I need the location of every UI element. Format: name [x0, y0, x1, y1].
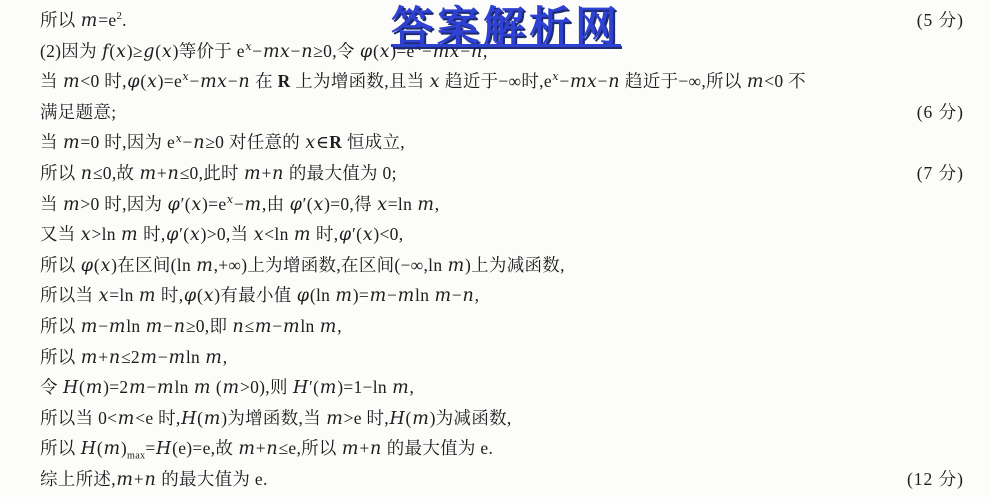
solution-line-text: 当 m=0 时,因为 ex−n≥0 对任意的 x∈R 恒成立, — [40, 132, 405, 152]
solution-line-9: 所以 φ(x)在区间(ln m,+∞)上为增函数,在区间(−∞,ln m)上为减… — [40, 250, 964, 281]
solution-line-text: 所以 H(m)max=H(e)=e,故 m+n≤e,所以 m+n 的最大值为 e… — [40, 438, 493, 458]
solution-line-4: 满足题意;(6 分) — [40, 97, 964, 128]
solution-line-text: 所以 m+n≤2m−mln m, — [40, 347, 227, 367]
solution-line-6: 所以 n≤0,故 m+n≤0,此时 m+n 的最大值为 0;(7 分) — [40, 158, 964, 189]
solution-line-14: 所以当 0<m<e 时,H(m)为增函数,当 m>e 时,H(m)为减函数, — [40, 403, 964, 434]
solution-line-15: 所以 H(m)max=H(e)=e,故 m+n≤e,所以 m+n 的最大值为 e… — [40, 433, 964, 464]
solution-line-11: 所以 m−mln m−n≥0,即 n≤m−mln m, — [40, 311, 964, 342]
solution-line-7: 当 m>0 时,因为 φ′(x)=ex−m,由 φ′(x)=0,得 x=ln m… — [40, 189, 964, 220]
solution-line-text: 所以 m=e2. — [40, 10, 127, 30]
score-mark: (12 分) — [907, 464, 964, 495]
solution-line-8: 又当 x>ln m 时,φ′(x)>0,当 x<ln m 时,φ′(x)<0, — [40, 219, 964, 250]
solution-line-16: 综上所述,m+n 的最大值为 e.(12 分) — [40, 464, 964, 495]
solution-line-10: 所以当 x=ln m 时,φ(x)有最小值 φ(ln m)=m−mln m−n, — [40, 280, 964, 311]
solution-line-12: 所以 m+n≤2m−mln m, — [40, 342, 964, 373]
solution-line-13: 令 H(m)=2m−mln m (m>0),则 H′(m)=1−ln m, — [40, 372, 964, 403]
solution-line-text: 所以 φ(x)在区间(ln m,+∞)上为增函数,在区间(−∞,ln m)上为减… — [40, 255, 565, 275]
solution-body: 所以 m=e2.(5 分)(2)因为 f(x)≥g(x)等价于 ex−mx−n≥… — [40, 5, 964, 495]
solution-line-text: 综上所述,m+n 的最大值为 e. — [40, 469, 268, 489]
solution-line-text: 又当 x>ln m 时,φ′(x)>0,当 x<ln m 时,φ′(x)<0, — [40, 224, 403, 244]
watermark: 答案解析网 — [391, 0, 621, 54]
solution-line-text: 所以当 0<m<e 时,H(m)为增函数,当 m>e 时,H(m)为减函数, — [40, 408, 512, 428]
solution-line-text: 当 m>0 时,因为 φ′(x)=ex−m,由 φ′(x)=0,得 x=ln m… — [40, 194, 439, 214]
solution-line-text: 所以当 x=ln m 时,φ(x)有最小值 φ(ln m)=m−mln m−n, — [40, 285, 479, 305]
answer-sheet-page: 答案解析网 所以 m=e2.(5 分)(2)因为 f(x)≥g(x)等价于 ex… — [0, 0, 990, 497]
score-mark: (7 分) — [917, 158, 964, 189]
solution-line-text: 所以 n≤0,故 m+n≤0,此时 m+n 的最大值为 0; — [40, 163, 397, 183]
solution-line-text: 所以 m−mln m−n≥0,即 n≤m−mln m, — [40, 316, 342, 336]
score-mark: (5 分) — [917, 5, 964, 36]
solution-line-5: 当 m=0 时,因为 ex−n≥0 对任意的 x∈R 恒成立, — [40, 127, 964, 158]
solution-line-text: 满足题意; — [40, 102, 116, 122]
solution-line-3: 当 m<0 时,φ(x)=ex−mx−n 在 R 上为增函数,且当 x 趋近于−… — [40, 66, 964, 97]
score-mark: (6 分) — [917, 97, 964, 128]
solution-line-text: 当 m<0 时,φ(x)=ex−mx−n 在 R 上为增函数,且当 x 趋近于−… — [40, 71, 806, 91]
solution-line-text: 令 H(m)=2m−mln m (m>0),则 H′(m)=1−ln m, — [40, 377, 414, 397]
